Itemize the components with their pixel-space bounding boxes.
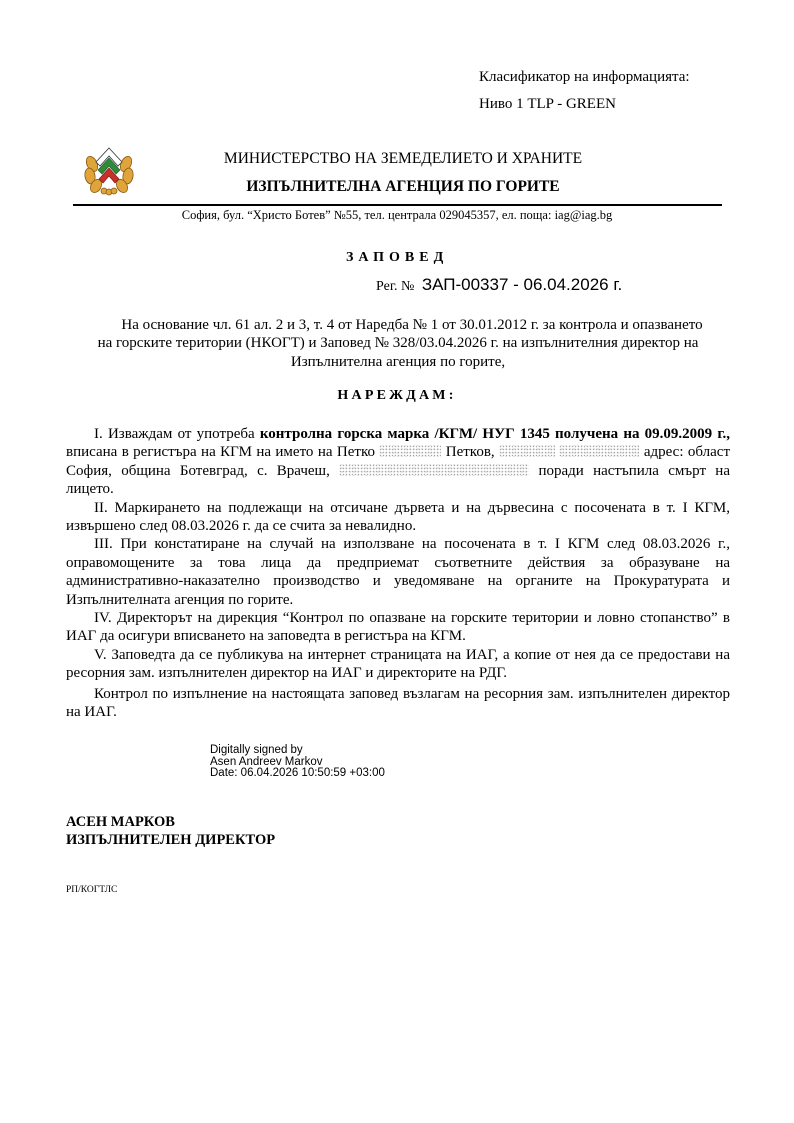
header-divider <box>73 204 722 206</box>
preamble-line: На основание чл. 61 ал. 2 и 3, т. 4 от Н… <box>66 316 730 334</box>
order-body: I. Изваждам от употреба контролна горска… <box>66 425 730 722</box>
ordering-heading: НАРЕЖДАМ: <box>0 388 794 404</box>
agency-name-text: ИЗПЪЛНИТЕЛНА АГЕНЦИЯ ПО ГОРИТЕ <box>246 178 559 196</box>
order-item-iv: IV. Директорът на дирекция “Контрол по о… <box>66 609 730 646</box>
classifier-label: Класификатор на информацията: <box>479 68 690 86</box>
agency-name: ИЗПЪЛНИТЕЛНА АГЕНЦИЯ ПО ГОРИТЕ <box>0 178 794 196</box>
preamble-line: на горските територии (НКОГТ) и Заповед … <box>66 334 730 352</box>
order-item-i: I. Изваждам от употреба контролна горска… <box>66 425 730 499</box>
ministry-name-text: МИНИСТЕРСТВО НА ЗЕМЕДЕЛИЕТО И ХРАНИТЕ <box>224 150 582 168</box>
preamble-line: Изпълнителна агенция по горите, <box>66 353 730 371</box>
classifier-level: Ниво 1 TLP - GREEN <box>479 95 616 113</box>
signer-name: АСЕН МАРКОВ <box>66 813 275 831</box>
order-item-iii: III. При констатиране на случай на изпол… <box>66 535 730 609</box>
item-i-surname: Петков, <box>441 444 499 460</box>
item-i-mid: вписана в регистъра на КГМ на името на П… <box>66 444 379 460</box>
registration-value: ЗАП-00337 - 06.04.2026 г. <box>422 275 622 294</box>
order-item-v: V. Заповедта да се публикува на интернет… <box>66 646 730 683</box>
order-title: ЗАПОВЕД <box>346 250 448 266</box>
signature-date: Date: 06.04.2026 10:50:59 +03:00 <box>210 768 385 780</box>
redacted-personal-data <box>499 445 555 457</box>
preamble: На основание чл. 61 ал. 2 и 3, т. 4 от Н… <box>66 316 730 371</box>
redacted-personal-data <box>559 445 639 457</box>
item-i-lead: I. Изваждам от употреба <box>94 426 260 442</box>
redacted-middle-name <box>379 445 441 457</box>
signer-title: ИЗПЪЛНИТЕЛЕН ДИРЕКТОР <box>66 831 275 849</box>
order-item-ii: II. Маркирането на подлежащи на отсичане… <box>66 499 730 536</box>
order-control-clause: Контрол по изпълнение на настоящата запо… <box>66 685 730 722</box>
registration-label: Рег. № <box>376 279 414 294</box>
ministry-name: МИНИСТЕРСТВО НА ЗЕМЕДЕЛИЕТО И ХРАНИТЕ <box>0 150 794 168</box>
item-i-bold: контролна горска марка /КГМ/ НУГ 1345 по… <box>260 426 730 442</box>
document-reference: РП/КОГТЛС <box>66 885 117 895</box>
registration-number: Рег. № ЗАП-00337 - 06.04.2026 г. <box>376 274 622 298</box>
redacted-street-address <box>339 464 529 476</box>
signer-block: АСЕН МАРКОВ ИЗПЪЛНИТЕЛЕН ДИРЕКТОР <box>66 813 275 849</box>
signature-line: Digitally signed by <box>210 745 385 757</box>
agency-address: София, бул. “Христо Ботев” №55, тел. цен… <box>0 207 794 223</box>
digital-signature[interactable]: Digitally signed by Asen Andreev Markov … <box>210 745 385 780</box>
